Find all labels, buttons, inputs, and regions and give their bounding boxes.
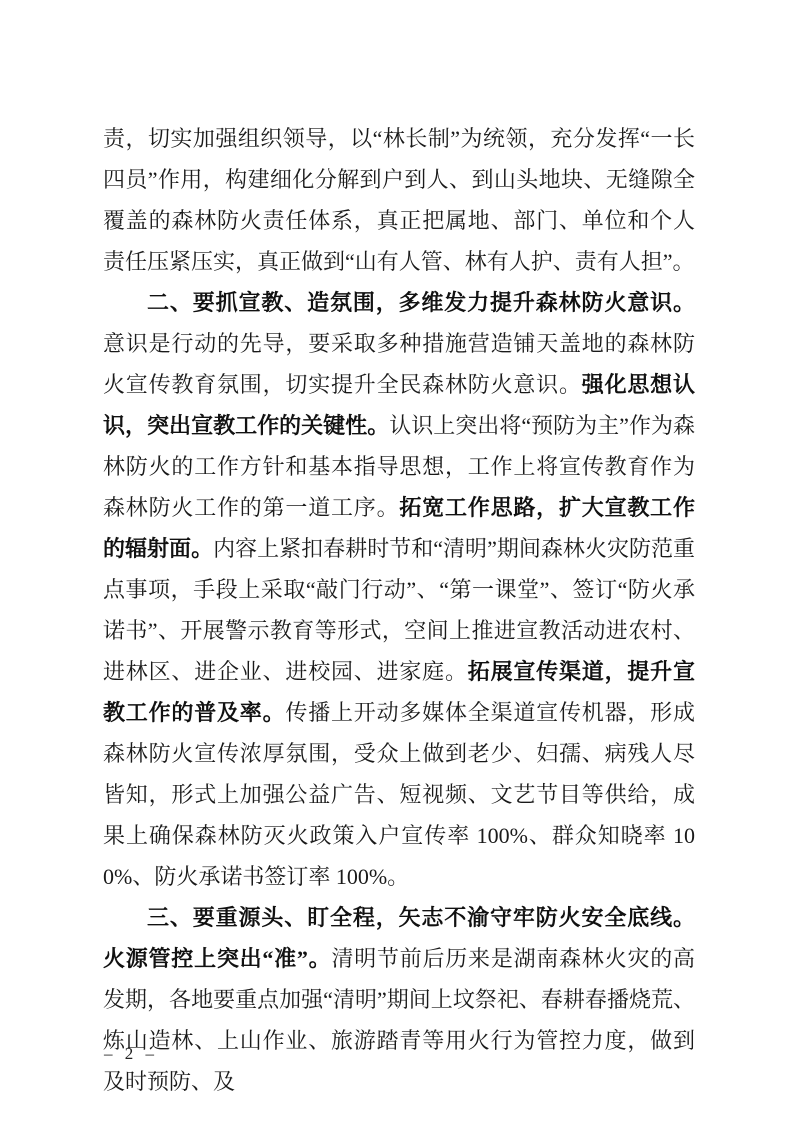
- paragraph-heading-text: 三、要重源头、盯全程，矢志不渝守牢防火安全底线。: [147, 905, 695, 930]
- paragraph: 责，切实加强组织领导，以“林长制”为统领，充分发挥“一长四员”作用，构建细化分解…: [103, 118, 695, 282]
- paragraph: 二、要抓宣教、造氛围，多维发力提升森林防火意识。意识是行动的先导，要采取多种措施…: [103, 282, 695, 897]
- emphasis-text: 火源管控上突出“准”。: [103, 946, 331, 971]
- body-text: 传播上开动多媒体全渠道宣传机器，形成森林防火宣传浓厚氛围，受众上做到老少、妇孺、…: [103, 700, 695, 889]
- page-number: – 2 –: [104, 1044, 158, 1064]
- document-body: 责，切实加强组织领导，以“林长制”为统领，充分发挥“一长四员”作用，构建细化分解…: [103, 118, 695, 1102]
- body-text: 责，切实加强组织领导，以“林长制”为统领，充分发挥“一长四员”作用，构建细化分解…: [103, 126, 695, 274]
- paragraph: 三、要重源头、盯全程，矢志不渝守牢防火安全底线。火源管控上突出“准”。清明节前后…: [103, 897, 695, 1102]
- paragraph-heading-text: 二、要抓宣教、造氛围，多维发力提升森林防火意识。: [147, 290, 695, 315]
- document-page: 责，切实加强组织领导，以“林长制”为统领，充分发挥“一长四员”作用，构建细化分解…: [0, 0, 794, 1123]
